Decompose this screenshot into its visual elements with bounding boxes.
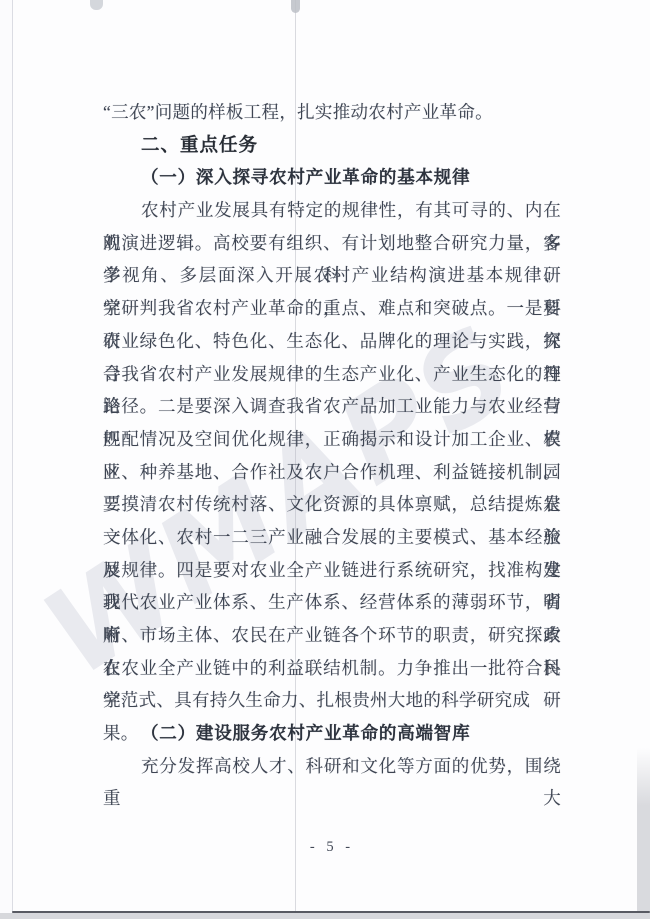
text-line: 多视角、多层面深入开展农村产业结构演进基本规律研究，科 <box>103 259 561 292</box>
text-line: 展规律。四是要对农业全产业链进行系统研究，找准构建我省 <box>103 554 561 587</box>
text-line: 路径。二是要深入调查我省农产品加工业能力与农业经营规模 <box>103 390 561 423</box>
scan-background <box>0 913 650 919</box>
text-line: 合我省农村产业发展规律的生态产业化、产业生态化的理论与 <box>103 358 561 391</box>
text-line: 观演进逻辑。高校要有组织、有计划地整合研究力量，多学科、 <box>103 227 561 260</box>
paper-right-edge <box>637 748 650 913</box>
heading-line: 二、重点任务 <box>103 129 561 162</box>
text-line: 区、种养基地、合作社及农户合作机理、利益链接机制。三是 <box>103 456 561 489</box>
text-line: 农村产业发展具有特定的规律性，有其可寻的、内在的客 <box>103 194 561 227</box>
page-number: - 5 - <box>103 839 561 856</box>
text-line: 府、市场主体、农民在产业链各个环节的职责，研究探索农民 <box>103 619 561 652</box>
scan-smudge <box>90 0 103 10</box>
text-line: “三农”问题的样板工程，扎实推动农村产业革命。 <box>103 96 561 129</box>
document-body: “三农”问题的样板工程，扎实推动农村产业革命。二、重点任务（一）深入探寻农村产业… <box>103 96 561 782</box>
paper-left-edge <box>12 0 13 913</box>
text-line: 在农业全产业链中的利益联结机制。力争推出一批符合科学研 <box>103 652 561 685</box>
heading-line: （一）深入探寻农村产业革命的基本规律 <box>103 161 561 194</box>
text-line: 农业绿色化、特色化、生态化、品牌化的理论与实践，探寻符 <box>103 325 561 358</box>
scan-left-margin <box>0 0 12 913</box>
text-line: 现代农业产业体系、生产体系、经营体系的薄弱环节，明晰政 <box>103 586 561 619</box>
text-line: 充分发挥高校人才、科研和文化等方面的优势，围绕重大 <box>103 750 561 783</box>
scanned-document-page: WMAPS “三农”问题的样板工程，扎实推动农村产业革命。二、重点任务（一）深入… <box>0 0 650 919</box>
text-line: 一体化、农村一二三产业融合发展的主要模式、基本经验及发 <box>103 521 561 554</box>
heading-line: （二）建设服务农村产业革命的高端智库 <box>103 717 561 750</box>
text-line: 学研判我省农村产业革命的重点、难点和突破点。一是要研究 <box>103 292 561 325</box>
text-line: 匹配情况及空间优化规律，正确揭示和设计加工企业、农业园 <box>103 423 561 456</box>
text-line: 要摸清农村传统村落、文化资源的具体禀赋，总结提炼农文旅 <box>103 488 561 521</box>
text-line: 究范式、具有持久生命力、扎根贵州大地的科学研究成果。 <box>103 684 561 717</box>
scan-smudge <box>291 0 300 13</box>
